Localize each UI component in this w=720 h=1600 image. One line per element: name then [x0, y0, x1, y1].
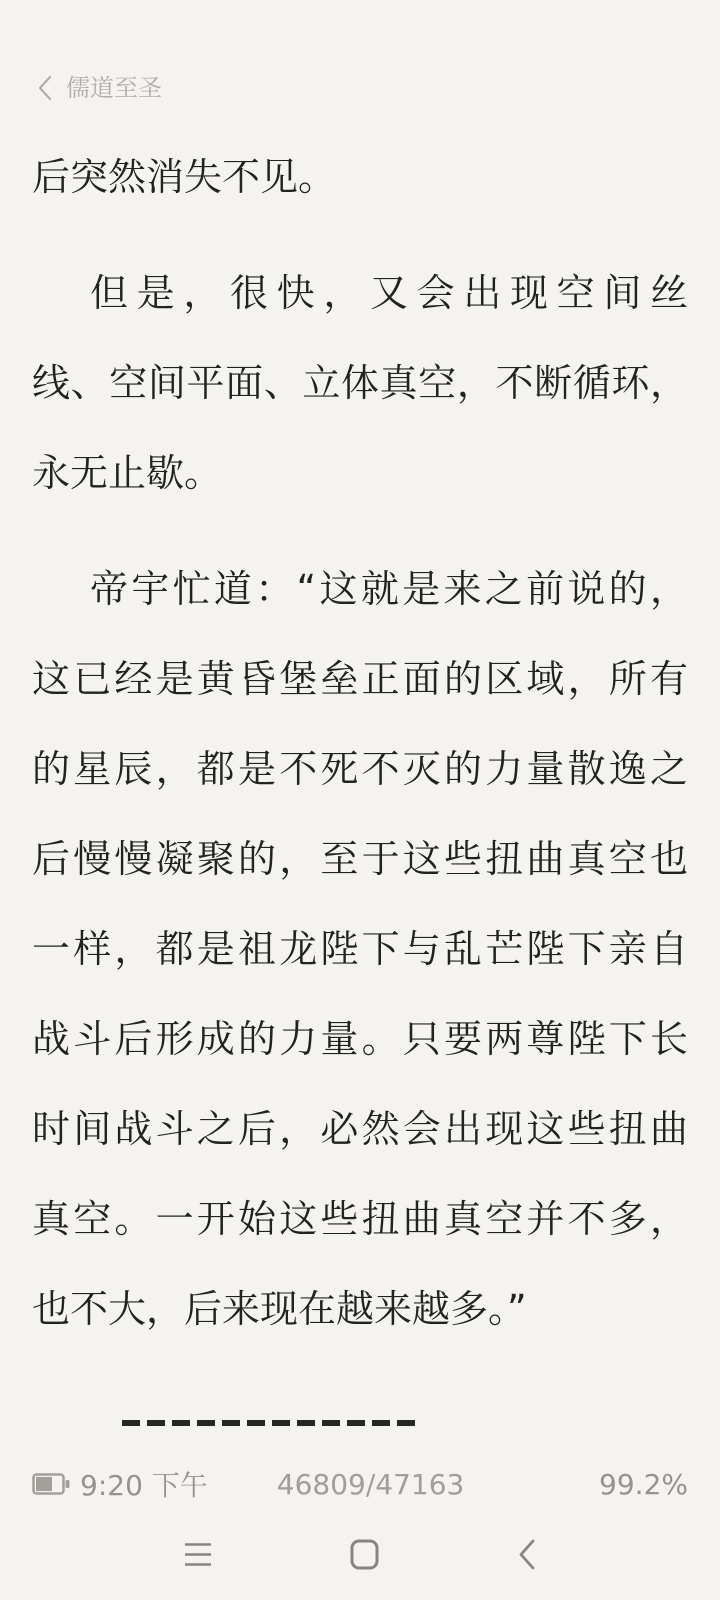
- chevron-left-icon: [36, 74, 54, 102]
- text-line: 时间战斗之后，必然会出现这些扭曲: [32, 1084, 688, 1174]
- clock-time: 9:20 下午: [80, 1464, 208, 1504]
- text-line: 也不大，后来现在越来越多。”: [32, 1264, 688, 1354]
- text-line: 的星辰，都是不死不灭的力量散逸之: [32, 724, 688, 814]
- menu-lines-icon: [184, 1542, 212, 1567]
- chevron-left-icon: [517, 1538, 536, 1571]
- text-line: 但是，很快，又会出现空间丝: [32, 248, 688, 338]
- scene-separator: [122, 1420, 415, 1426]
- reading-position: 46809/47163: [265, 1468, 477, 1501]
- reader-screen: 儒道至圣 后突然消失不见。但是，很快，又会出现空间丝线、空间平面、立体真空，不断…: [0, 0, 720, 1426]
- text-line: 后慢慢凝聚的，至于这些扭曲真空也: [32, 814, 688, 904]
- home-button[interactable]: [350, 1539, 379, 1570]
- book-title: 儒道至圣: [66, 72, 162, 104]
- back-button[interactable]: 儒道至圣: [36, 72, 162, 104]
- battery-icon: [32, 1473, 70, 1495]
- paragraph: 后突然消失不见。: [32, 132, 688, 222]
- reader-status-bar: 9:20 下午 46809/47163 99.2%: [32, 1462, 688, 1506]
- text-line: 这已经是黄昏堡垒正面的区域，所有: [32, 634, 688, 724]
- paragraph: 但是，很快，又会出现空间丝线、空间平面、立体真空，不断循环，永无止歇。: [32, 248, 688, 518]
- text-line: 线、空间平面、立体真空，不断循环，: [32, 338, 688, 428]
- back-nav-button[interactable]: [517, 1538, 536, 1571]
- reading-area[interactable]: 后突然消失不见。但是，很快，又会出现空间丝线、空间平面、立体真空，不断循环，永无…: [32, 132, 688, 1426]
- text-line: 帝宇忙道：“这就是来之前说的，: [32, 544, 688, 634]
- reading-progress: 99.2%: [476, 1468, 688, 1501]
- text-line: 战斗后形成的力量。只要两尊陛下长: [32, 994, 688, 1084]
- recent-apps-button[interactable]: [184, 1542, 212, 1567]
- rounded-square-icon: [350, 1539, 379, 1570]
- text-line: 后突然消失不见。: [32, 132, 688, 222]
- android-nav-bar: [0, 1526, 720, 1582]
- paragraph: 帝宇忙道：“这就是来之前说的，这已经是黄昏堡垒正面的区域，所有的星辰，都是不死不…: [32, 544, 688, 1354]
- status-left: 9:20 下午: [32, 1464, 265, 1504]
- text-line: 永无止歇。: [32, 428, 688, 518]
- reader-header: 儒道至圣: [0, 0, 720, 104]
- text-line: 一样，都是祖龙陛下与乱芒陛下亲自: [32, 904, 688, 994]
- text-line: 真空。一开始这些扭曲真空并不多，: [32, 1174, 688, 1264]
